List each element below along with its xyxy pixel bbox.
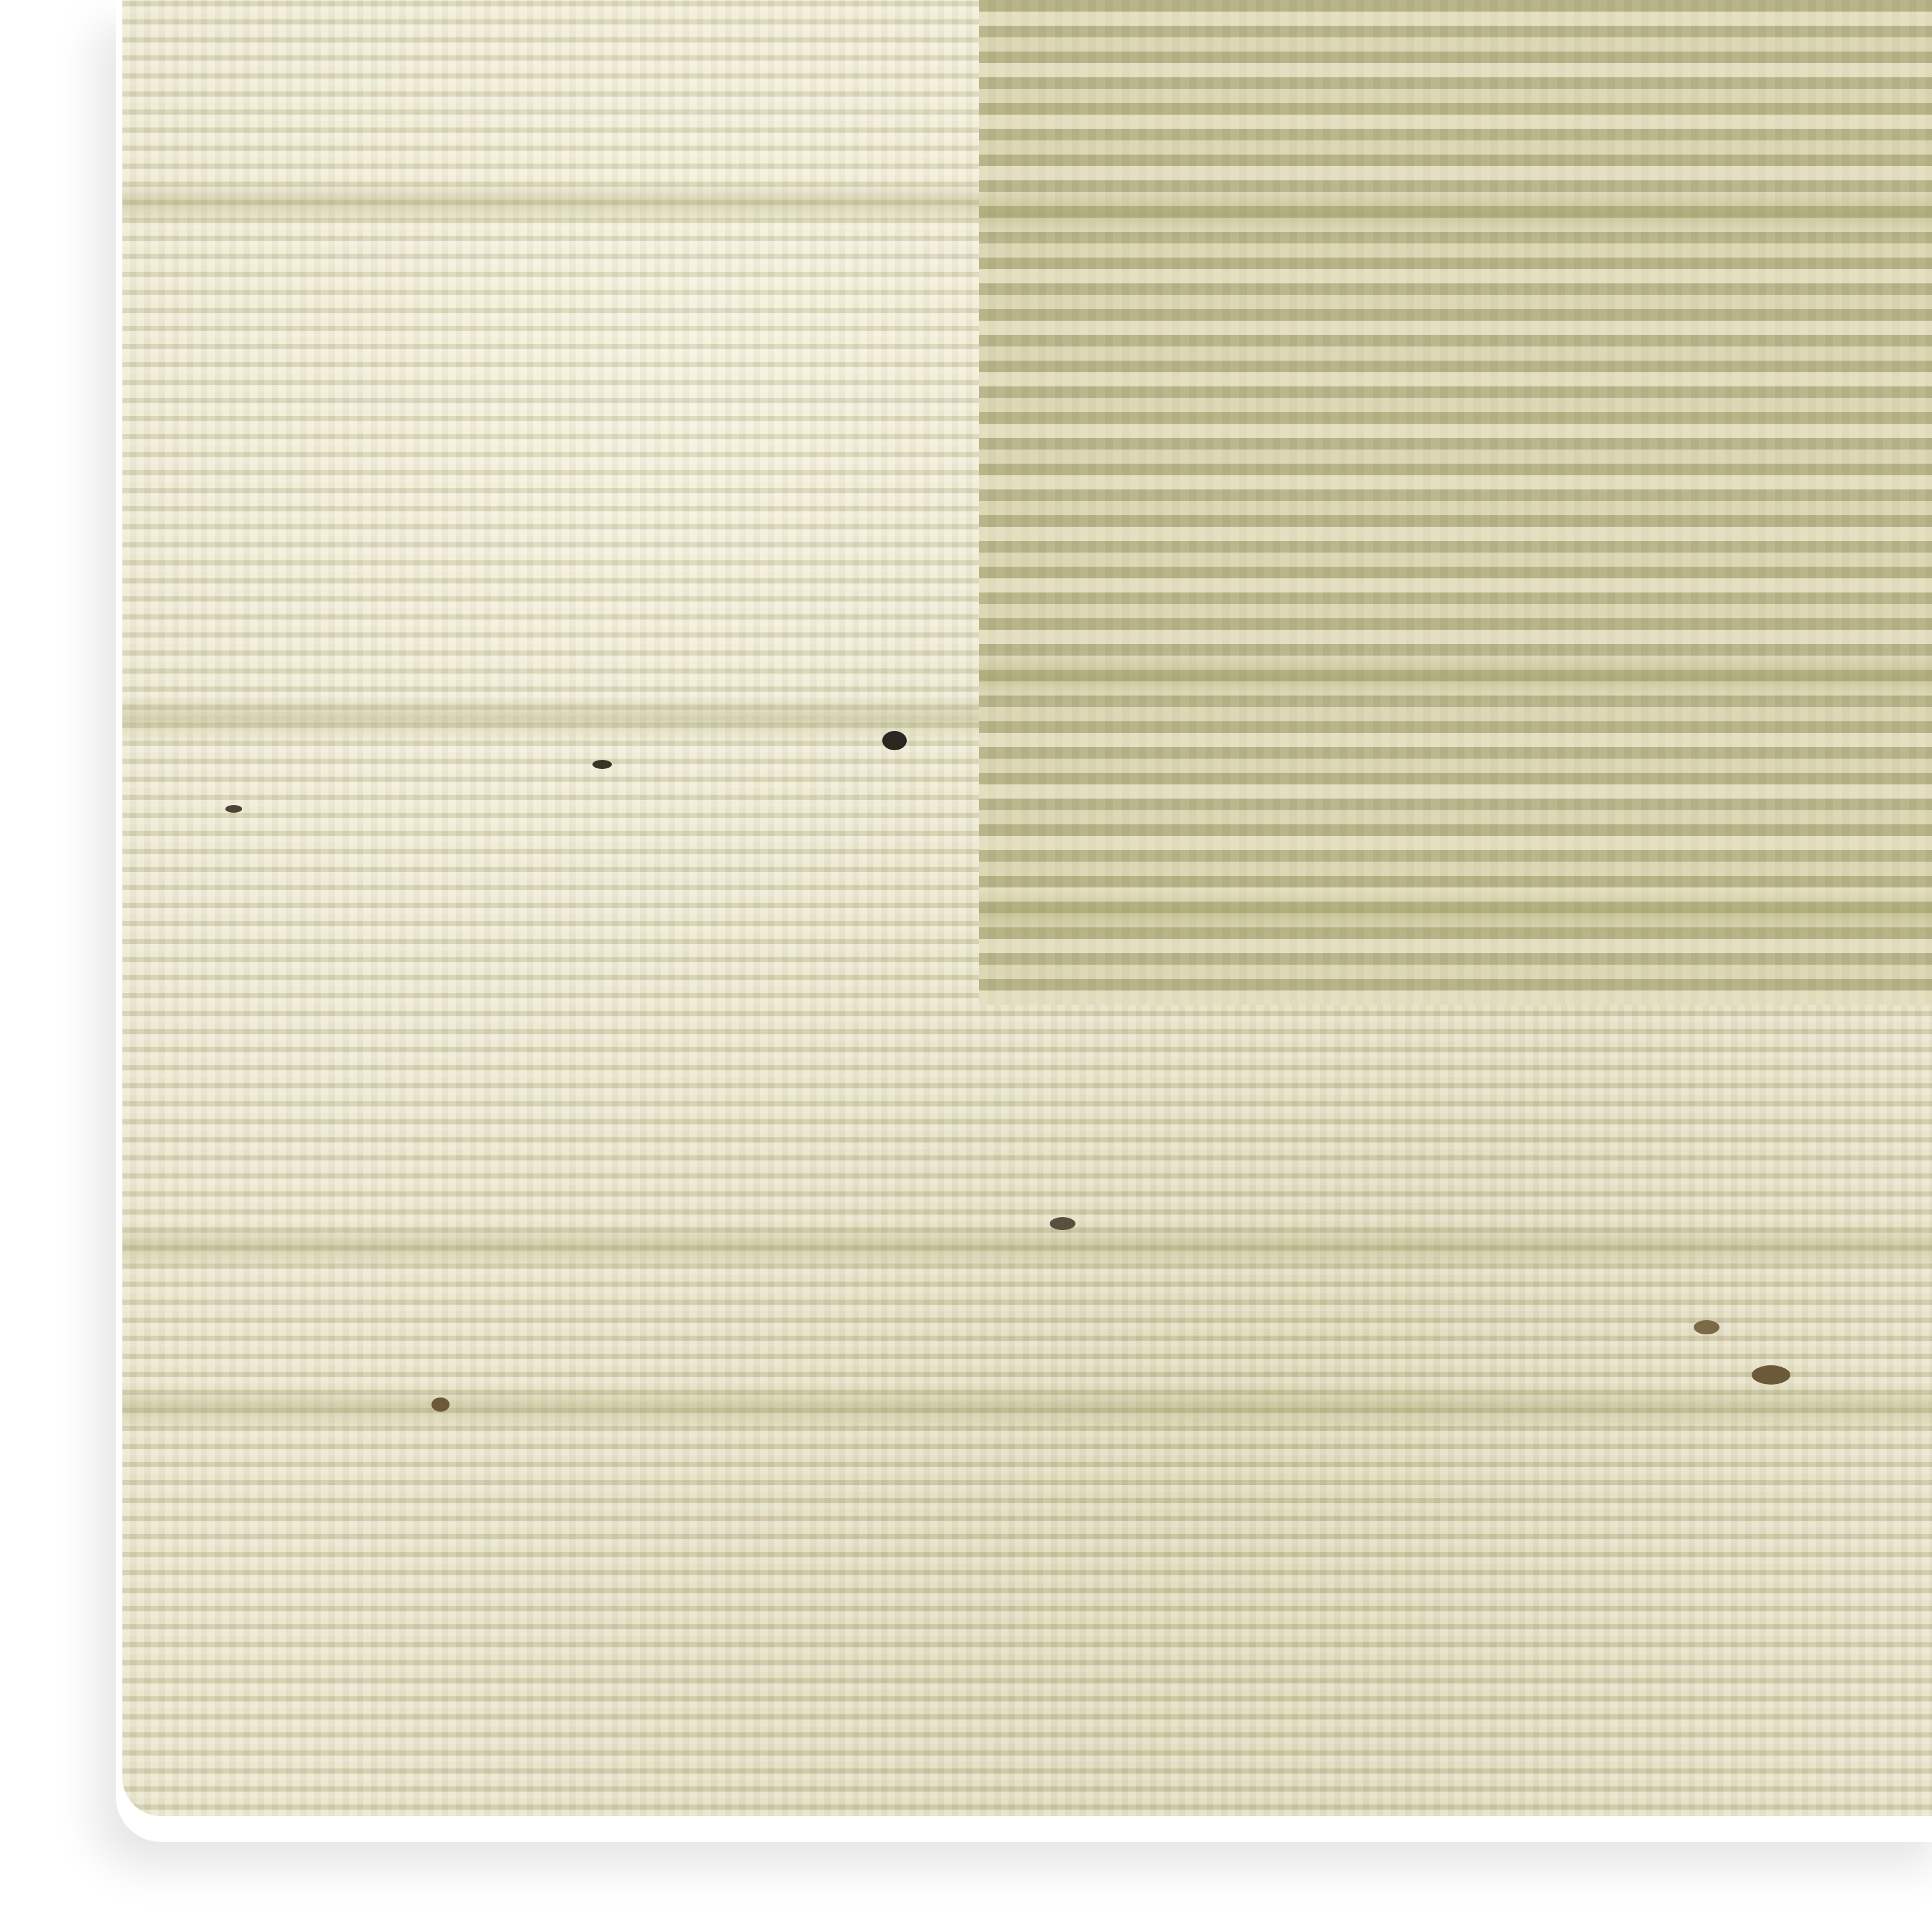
texture-band: [979, 889, 1932, 934]
texture-band: [979, 193, 1932, 238]
green-striped-panel: [979, 0, 1932, 1005]
dark-fleck: [225, 805, 242, 813]
brown-fleck: [1694, 1320, 1719, 1334]
rug-corner: [122, 0, 1932, 1816]
texture-band: [979, 657, 1932, 702]
brown-fleck: [431, 1397, 450, 1412]
dark-fleck: [1050, 1217, 1075, 1230]
texture-band: [122, 1224, 1932, 1269]
dark-fleck: [592, 760, 612, 769]
product-photo: [0, 0, 1932, 1932]
dark-fleck: [882, 731, 907, 750]
texture-band: [122, 1385, 1932, 1430]
brown-fleck: [1752, 1365, 1790, 1385]
